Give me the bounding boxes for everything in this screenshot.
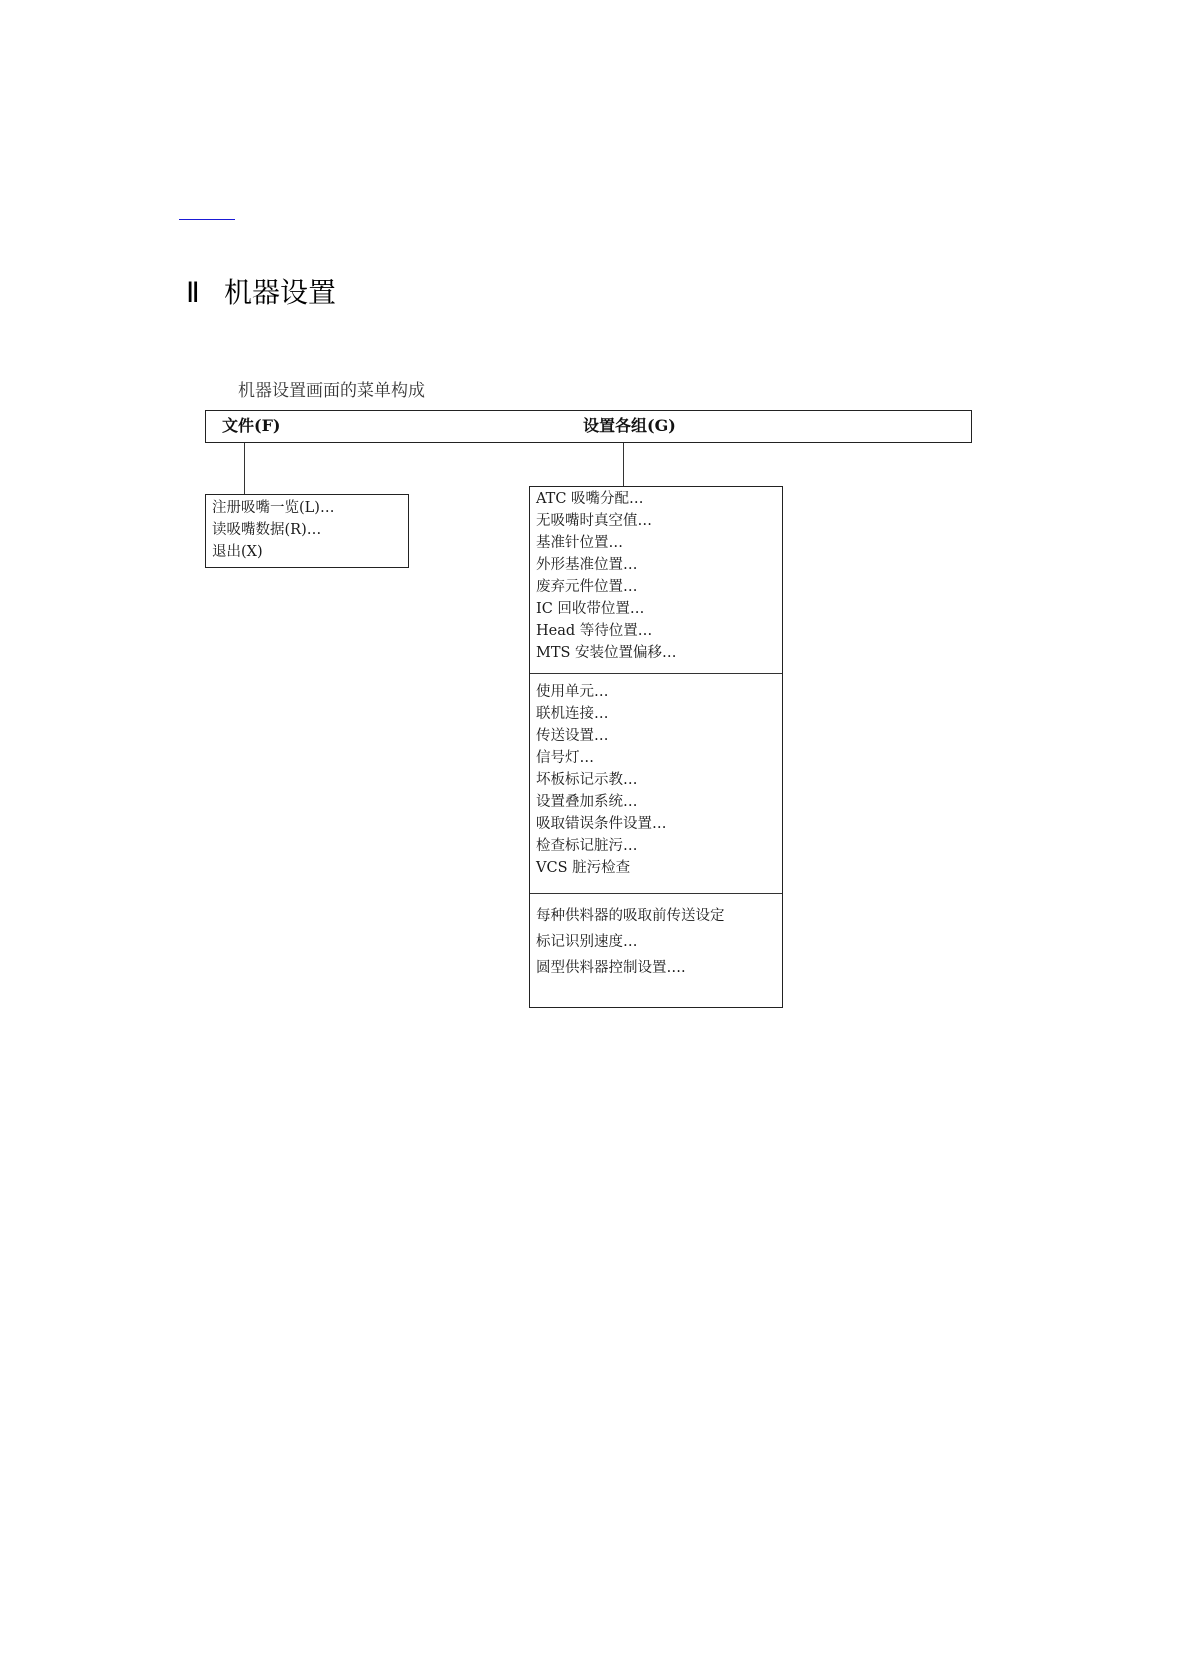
menu-file[interactable]: 文件(F) bbox=[222, 416, 281, 436]
menu-item-feeder-pre-pick-transfer[interactable]: 每种供料器的吸取前传送设定 bbox=[536, 903, 782, 929]
diagram-caption: 机器设置画面的菜单构成 bbox=[238, 380, 425, 402]
connector-line-file bbox=[244, 443, 245, 494]
menu-item-outline-reference-position[interactable]: 外形基准位置… bbox=[536, 554, 782, 576]
menu-item-discard-component-position[interactable]: 废弃元件位置… bbox=[536, 576, 782, 598]
menu-section-feeders: 每种供料器的吸取前传送设定 标记识别速度… 圆型供料器控制设置…. bbox=[530, 903, 782, 981]
menu-item-read-nozzle-data[interactable]: 读吸嘴数据(R)… bbox=[212, 519, 408, 541]
menu-item-exit[interactable]: 退出(X) bbox=[212, 541, 408, 563]
menu-item-mts-mount-offset[interactable]: MTS 安装位置偏移… bbox=[536, 642, 782, 664]
menu-item-online-connection[interactable]: 联机连接… bbox=[536, 703, 782, 725]
menu-item-mark-recognition-speed[interactable]: 标记识别速度… bbox=[536, 929, 782, 955]
menu-section-positions: ATC 吸嘴分配… 无吸嘴时真空值… 基准针位置… 外形基准位置… 废弃元件位置… bbox=[530, 488, 782, 664]
section-heading: Ⅱ机器设置 bbox=[186, 276, 336, 311]
menu-item-atc-nozzle-assign[interactable]: ATC 吸嘴分配… bbox=[536, 488, 782, 510]
menu-item-ic-recovery-tape-position[interactable]: IC 回收带位置… bbox=[536, 598, 782, 620]
menu-section-units: 使用单元… 联机连接… 传送设置… 信号灯… 坏板标记示教… 设置叠加系统… 吸… bbox=[530, 681, 782, 879]
menu-item-overlay-system[interactable]: 设置叠加系统… bbox=[536, 791, 782, 813]
section-title: 机器设置 bbox=[224, 276, 336, 309]
file-dropdown-menu: 注册吸嘴一览(L)… 读吸嘴数据(R)… 退出(X) bbox=[205, 494, 409, 568]
hyperlink-underline[interactable] bbox=[179, 219, 235, 220]
menu-divider bbox=[530, 673, 782, 674]
menu-item-bad-board-mark-teach[interactable]: 坏板标记示教… bbox=[536, 769, 782, 791]
menu-item-no-nozzle-vacuum[interactable]: 无吸嘴时真空值… bbox=[536, 510, 782, 532]
menu-item-register-nozzle-list[interactable]: 注册吸嘴一览(L)… bbox=[212, 497, 408, 519]
menu-item-pickup-error-conditions[interactable]: 吸取错误条件设置… bbox=[536, 813, 782, 835]
menu-item-head-wait-position[interactable]: Head 等待位置… bbox=[536, 620, 782, 642]
section-number: Ⅱ bbox=[186, 277, 224, 311]
menu-settings-groups[interactable]: 设置各组(G) bbox=[583, 416, 676, 436]
menu-item-round-feeder-control[interactable]: 圆型供料器控制设置…. bbox=[536, 955, 782, 981]
menu-bar: 文件(F) 设置各组(G) bbox=[205, 410, 972, 443]
menu-item-use-unit[interactable]: 使用单元… bbox=[536, 681, 782, 703]
settings-dropdown-menu: ATC 吸嘴分配… 无吸嘴时真空值… 基准针位置… 外形基准位置… 废弃元件位置… bbox=[529, 486, 783, 1008]
menu-item-check-mark-dirt[interactable]: 检查标记脏污… bbox=[536, 835, 782, 857]
menu-item-transfer-settings[interactable]: 传送设置… bbox=[536, 725, 782, 747]
menu-item-signal-light[interactable]: 信号灯… bbox=[536, 747, 782, 769]
menu-item-vcs-dirt-check[interactable]: VCS 脏污检查 bbox=[536, 857, 782, 879]
menu-item-reference-pin-position[interactable]: 基准针位置… bbox=[536, 532, 782, 554]
connector-line-settings bbox=[623, 443, 624, 486]
menu-divider bbox=[530, 893, 782, 894]
